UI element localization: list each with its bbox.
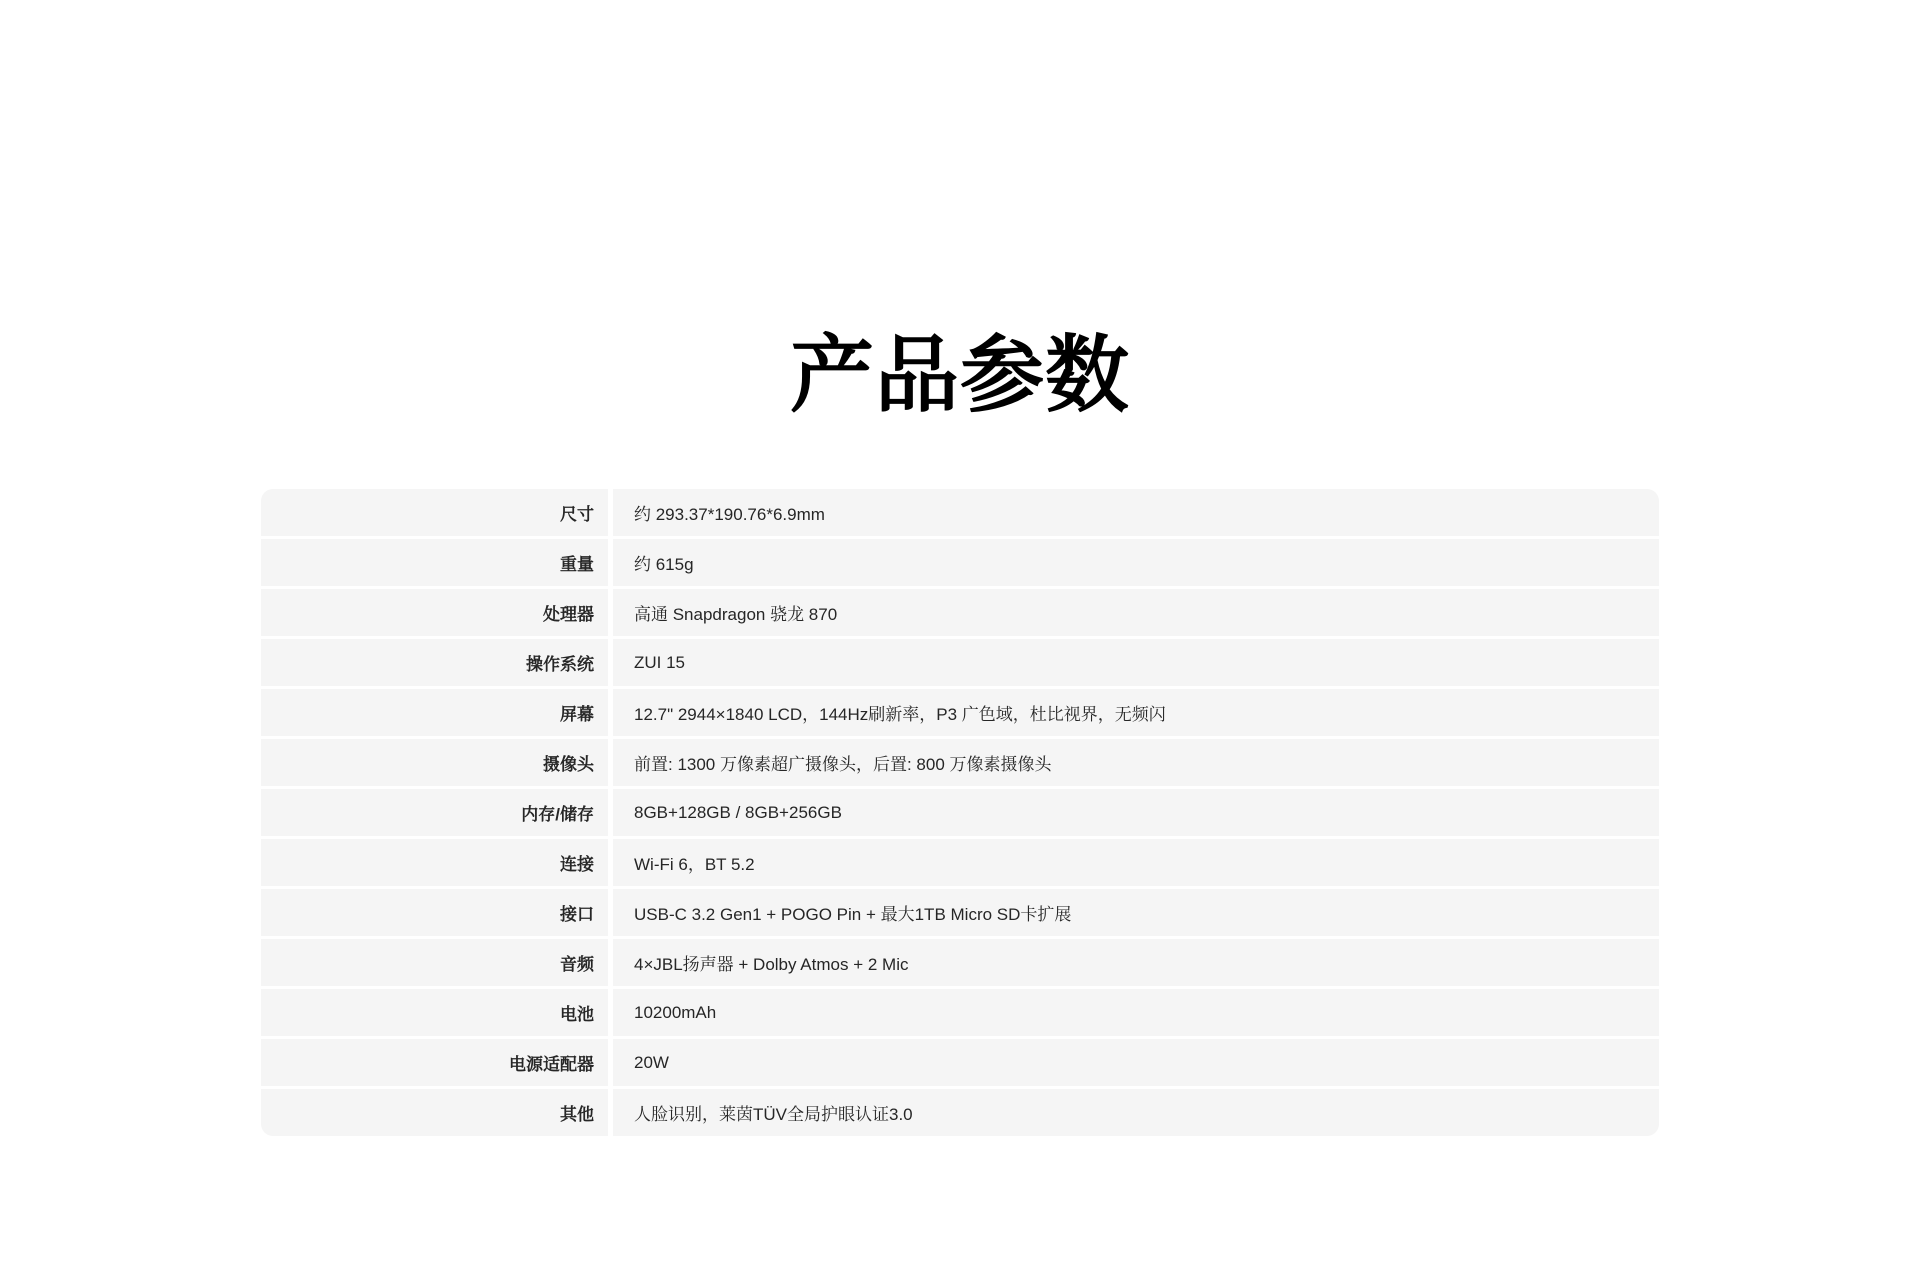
- table-row: 屏幕12.7" 2944×1840 LCD，144Hz刷新率，P3 广色域，杜比…: [261, 689, 1659, 736]
- spec-value: 约 615g: [613, 539, 1659, 586]
- spec-value: 10200mAh: [613, 989, 1659, 1036]
- spec-value: 8GB+128GB / 8GB+256GB: [613, 789, 1659, 836]
- table-row: 内存/储存8GB+128GB / 8GB+256GB: [261, 789, 1659, 836]
- table-row: 尺寸约 293.37*190.76*6.9mm: [261, 489, 1659, 536]
- spec-label: 音频: [261, 939, 608, 986]
- spec-value: 人脸识别，莱茵TÜV全局护眼认证3.0: [613, 1089, 1659, 1136]
- page-title: 产品参数: [0, 0, 1920, 419]
- table-row: 电池10200mAh: [261, 989, 1659, 1036]
- spec-label: 内存/储存: [261, 789, 608, 836]
- spec-label: 其他: [261, 1089, 608, 1136]
- spec-value: Wi-Fi 6，BT 5.2: [613, 839, 1659, 886]
- spec-label: 电池: [261, 989, 608, 1036]
- spec-label: 处理器: [261, 589, 608, 636]
- spec-label: 屏幕: [261, 689, 608, 736]
- spec-label: 重量: [261, 539, 608, 586]
- spec-value: ZUI 15: [613, 639, 1659, 686]
- spec-value: 4×JBL扬声器 + Dolby Atmos + 2 Mic: [613, 939, 1659, 986]
- spec-label: 连接: [261, 839, 608, 886]
- table-row: 处理器高通 Snapdragon 骁龙 870: [261, 589, 1659, 636]
- spec-value: 前置: 1300 万像素超广摄像头，后置: 800 万像素摄像头: [613, 739, 1659, 786]
- table-row: 摄像头前置: 1300 万像素超广摄像头，后置: 800 万像素摄像头: [261, 739, 1659, 786]
- spec-label: 尺寸: [261, 489, 608, 536]
- spec-label: 操作系统: [261, 639, 608, 686]
- table-row: 连接Wi-Fi 6，BT 5.2: [261, 839, 1659, 886]
- table-row: 其他人脸识别，莱茵TÜV全局护眼认证3.0: [261, 1089, 1659, 1136]
- product-spec-page: 产品参数 尺寸约 293.37*190.76*6.9mm重量约 615g处理器高…: [0, 0, 1920, 1278]
- spec-value: 12.7" 2944×1840 LCD，144Hz刷新率，P3 广色域，杜比视界…: [613, 689, 1659, 736]
- spec-value: 20W: [613, 1039, 1659, 1086]
- spec-value: 高通 Snapdragon 骁龙 870: [613, 589, 1659, 636]
- spec-value: 约 293.37*190.76*6.9mm: [613, 489, 1659, 536]
- table-row: 音频4×JBL扬声器 + Dolby Atmos + 2 Mic: [261, 939, 1659, 986]
- table-row: 接口USB-C 3.2 Gen1 + POGO Pin + 最大1TB Micr…: [261, 889, 1659, 936]
- spec-value: USB-C 3.2 Gen1 + POGO Pin + 最大1TB Micro …: [613, 889, 1659, 936]
- table-row: 重量约 615g: [261, 539, 1659, 586]
- table-row: 电源适配器20W: [261, 1039, 1659, 1086]
- spec-label: 电源适配器: [261, 1039, 608, 1086]
- spec-label: 接口: [261, 889, 608, 936]
- table-row: 操作系统ZUI 15: [261, 639, 1659, 686]
- spec-label: 摄像头: [261, 739, 608, 786]
- spec-table: 尺寸约 293.37*190.76*6.9mm重量约 615g处理器高通 Sna…: [261, 489, 1659, 1136]
